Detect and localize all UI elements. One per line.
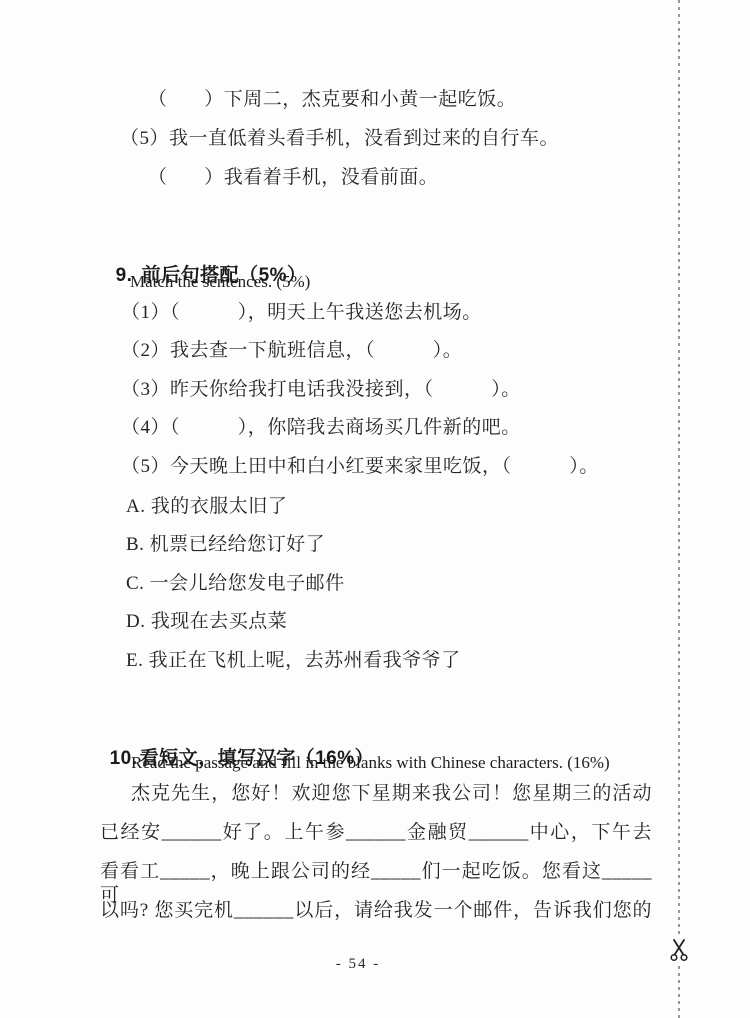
section-10-subtitle-en: Read the passage and fill in the blanks … — [131, 752, 610, 774]
section-9-item-3: （3）昨天你给我打电话我没接到，（ ）。 — [121, 378, 521, 402]
section-9-option-b: B. 机票已经给您订好了 — [126, 533, 325, 557]
section-10-passage-line-1: 杰克先生，您好！欢迎您下星期来我公司！您星期三的活动 — [100, 782, 652, 806]
section-10-passage-line-2: 已经安______好了。上午参______金融贸______中心，下午去 — [100, 821, 652, 845]
exercise8-line-blank-2: （ ）我看着手机，没看前面。 — [148, 166, 438, 190]
section-9-option-a: A. 我的衣服太旧了 — [126, 495, 287, 519]
page-number: - 54 - — [278, 956, 438, 973]
exercise8-line-blank-1: （ ）下周二，杰克要和小黄一起吃饭。 — [148, 88, 516, 112]
section-9-option-d: D. 我现在去买点菜 — [126, 610, 287, 634]
exercise8-item-5: （5）我一直低着头看手机，没看到过来的自行车。 — [120, 127, 559, 151]
section-9-item-5: （5）今天晚上田中和白小红要来家里吃饭，（ ）。 — [121, 455, 599, 479]
section-10-passage-line-4: 以吗? 您买完机______以后，请给我发一个邮件，告诉我们您的 — [100, 899, 652, 923]
section-9-item-2: （2）我去查一下航班信息，（ ）。 — [121, 339, 462, 363]
section-9-item-1: （1）（ ），明天上午我送您去机场。 — [121, 301, 482, 325]
section-9-item-4: （4）（ ），你陪我去商场买几件新的吧。 — [121, 416, 521, 440]
section-9-option-e: E. 我正在飞机上呢，去苏州看我爷爷了 — [126, 649, 461, 673]
section-9-subtitle-en: Match the sentences. (5%) — [130, 271, 310, 293]
scissors-icon — [668, 937, 690, 964]
cut-dotted-line — [678, 0, 680, 1018]
scanned-test-page: { "page": { "footer_page_number": "- 54 … — [0, 0, 750, 1018]
section-9-option-c: C. 一会儿给您发电子邮件 — [126, 572, 345, 596]
